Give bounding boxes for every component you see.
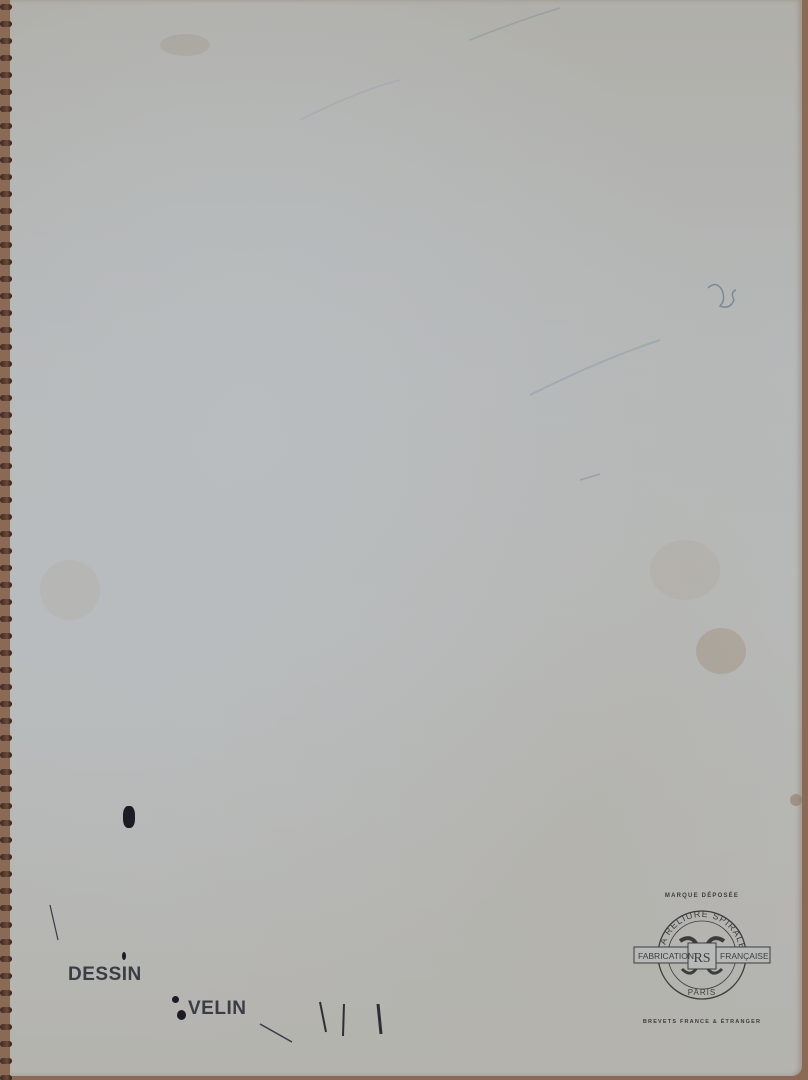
spiral-coil — [0, 514, 12, 520]
spiral-coil — [0, 446, 12, 452]
spiral-coil — [0, 1058, 12, 1064]
spiral-coil — [0, 548, 12, 554]
spiral-coil — [0, 837, 12, 843]
spiral-coil — [0, 786, 12, 792]
spiral-coil — [0, 684, 12, 690]
spiral-coil — [0, 599, 12, 605]
spiral-coil — [0, 888, 12, 894]
spiral-coil — [0, 956, 12, 962]
spiral-coil — [0, 1041, 12, 1047]
spiral-coil — [0, 174, 12, 180]
spiral-coil — [0, 922, 12, 928]
spiral-coil — [0, 616, 12, 622]
spiral-coil — [0, 990, 12, 996]
spiral-coil — [0, 650, 12, 656]
spiral-coil — [0, 582, 12, 588]
spiral-coil — [0, 701, 12, 707]
spiral-coil — [0, 667, 12, 673]
spiral-coil — [0, 871, 12, 877]
spiral-coil — [0, 633, 12, 639]
ink-blot — [122, 952, 126, 960]
spiral-coil — [0, 55, 12, 61]
spiral-coil — [0, 939, 12, 945]
spiral-coil — [0, 191, 12, 197]
spiral-coil — [0, 752, 12, 758]
spiral-coil — [0, 735, 12, 741]
spiral-coil — [0, 463, 12, 469]
spiral-coil — [0, 242, 12, 248]
spiral-coil — [0, 769, 12, 775]
spiral-coil — [0, 276, 12, 282]
spiral-coil — [0, 21, 12, 27]
spiral-coil — [0, 1075, 12, 1080]
spiral-coil — [0, 157, 12, 163]
spiral-coil — [0, 1024, 12, 1030]
spiral-coil — [0, 4, 12, 10]
spiral-coil — [0, 565, 12, 571]
spiral-coil — [0, 106, 12, 112]
spiral-coil — [0, 531, 12, 537]
spiral-coil — [0, 803, 12, 809]
cover-title-dessin: DESSIN — [68, 964, 142, 986]
spiral-coil — [0, 820, 12, 826]
spiral-coil — [0, 259, 12, 265]
spiral-coil — [0, 361, 12, 367]
spiral-coil — [0, 480, 12, 486]
spiral-coil — [0, 429, 12, 435]
spiral-coil — [0, 225, 12, 231]
spiral-coil — [0, 395, 12, 401]
logo-left-banner: FABRICATION — [638, 951, 694, 961]
spiral-coil — [0, 718, 12, 724]
spiral-coil — [0, 327, 12, 333]
logo-city: PARIS — [688, 988, 716, 997]
spiral-coil — [0, 72, 12, 78]
logo-trademark-text: MARQUE DÉPOSÉE — [632, 893, 772, 899]
spiral-coil — [0, 344, 12, 350]
spiral-coil — [0, 310, 12, 316]
spiral-coil — [0, 905, 12, 911]
spiral-coil — [0, 89, 12, 95]
reliure-spirale-emblem: LA RELIURE SPIRALE FABRICATION FRANÇAISE… — [632, 903, 772, 1003]
logo-right-banner: FRANÇAISE — [720, 951, 769, 961]
spiral-coil — [0, 38, 12, 44]
logo-patent-text: BREVETS FRANCE & ÉTRANGER — [632, 1019, 772, 1025]
ink-blot — [177, 1010, 186, 1020]
spiral-coil — [0, 123, 12, 129]
spiral-binding — [0, 0, 14, 1080]
cover-title-velin: VELIN — [188, 998, 246, 1020]
ink-blot — [123, 806, 135, 828]
pen-tick-marks — [318, 1000, 398, 1040]
ink-blot — [172, 996, 179, 1003]
spiral-coil — [0, 293, 12, 299]
spiral-coil — [0, 497, 12, 503]
spiral-coil — [0, 854, 12, 860]
spiral-coil — [0, 140, 12, 146]
spiral-coil — [0, 378, 12, 384]
spiral-coil — [0, 208, 12, 214]
spiral-coil — [0, 973, 12, 979]
logo-monogram: RS — [693, 951, 710, 966]
spiral-coil — [0, 1007, 12, 1013]
spiral-coil — [0, 412, 12, 418]
manufacturer-logo: MARQUE DÉPOSÉE LA RELIURE SPIRALE FABRIC… — [632, 893, 772, 1025]
